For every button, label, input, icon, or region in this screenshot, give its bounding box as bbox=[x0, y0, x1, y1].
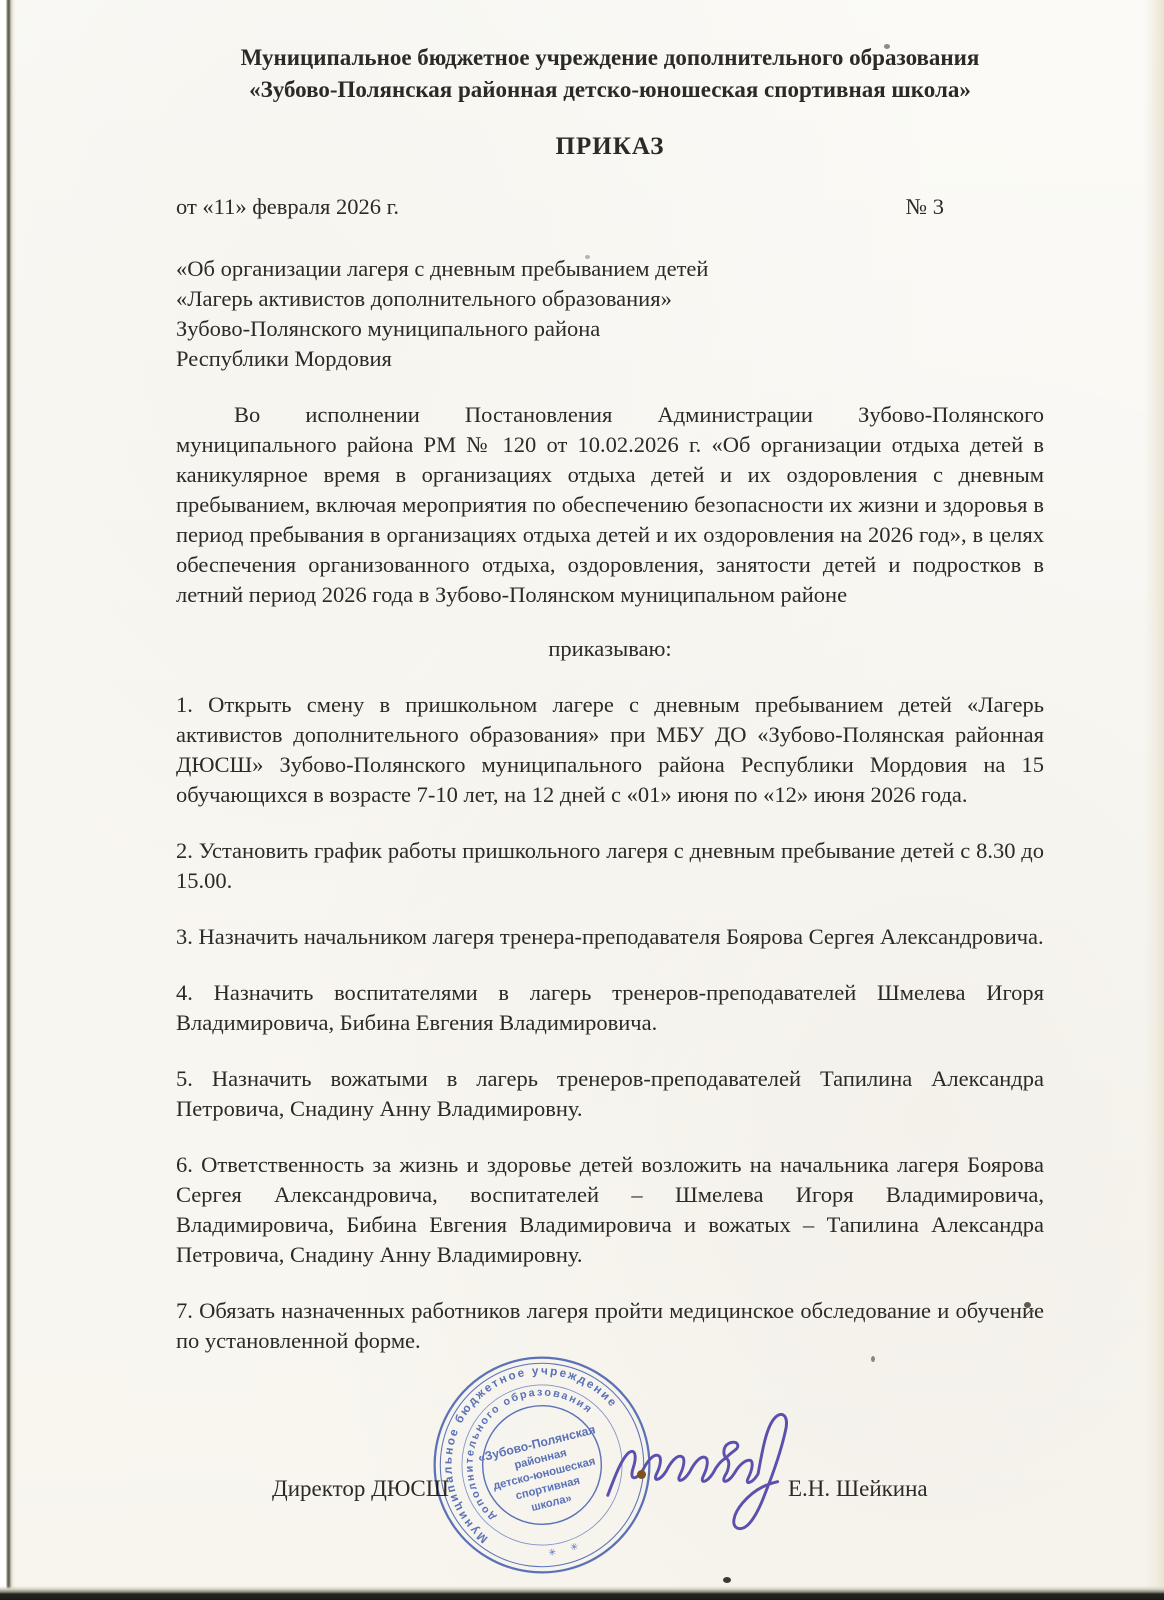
page-edge-bottom bbox=[0, 1586, 1164, 1600]
order-subject: «Об организации лагеря с дневным пребыва… bbox=[176, 254, 1044, 374]
subject-line: Республики Мордовия bbox=[176, 344, 1044, 374]
scan-speck bbox=[884, 44, 890, 49]
scan-speck bbox=[637, 1470, 646, 1479]
subject-line: Зубово-Полянского муниципального района bbox=[176, 314, 1044, 344]
order-number: № 3 bbox=[906, 192, 944, 222]
preamble-paragraph: Во исполнении Постановления Администраци… bbox=[176, 400, 1044, 610]
order-item-6: 6. Ответственность за жизнь и здоровье д… bbox=[176, 1150, 1044, 1270]
order-item-3: 3. Назначить начальником лагеря тренера-… bbox=[176, 922, 1044, 952]
org-name-line1: Муниципальное бюджетное учреждение допол… bbox=[176, 42, 1044, 74]
order-item-4: 4. Назначить воспитателями в лагерь трен… bbox=[176, 978, 1044, 1038]
decree-word: приказываю: bbox=[176, 634, 1044, 664]
order-item-2: 2. Установить график работы пришкольного… bbox=[176, 836, 1044, 896]
subject-line: «Лагерь активистов дополнительного образ… bbox=[176, 284, 1044, 314]
document-type-title: ПРИКАЗ bbox=[176, 130, 1044, 164]
scan-speck bbox=[1024, 1302, 1031, 1308]
order-item-1: 1. Открыть смену в пришкольном лагере с … bbox=[176, 690, 1044, 810]
scan-speck bbox=[871, 1356, 875, 1362]
org-name-line2: «Зубово-Полянская районная детско-юношес… bbox=[176, 74, 1044, 106]
signer-title: Директор ДЮСШ bbox=[272, 1476, 449, 1502]
order-item-7: 7. Обязать назначенных работников лагеря… bbox=[176, 1296, 1044, 1356]
stamp-star-icon: ✳ bbox=[547, 1546, 557, 1559]
signer-name: Е.Н. Шейкина bbox=[788, 1476, 928, 1502]
scan-speck bbox=[723, 1577, 731, 1583]
order-date: от «11» февраля 2026 г. bbox=[176, 192, 399, 222]
date-number-row: от «11» февраля 2026 г. № 3 bbox=[176, 192, 1044, 222]
order-document: Муниципальное бюджетное учреждение допол… bbox=[176, 42, 1044, 1356]
scan-speck bbox=[585, 255, 590, 259]
subject-line: «Об организации лагеря с дневным пребыва… bbox=[176, 254, 1044, 284]
page-edge-left bbox=[0, 0, 16, 1600]
scanned-page: Муниципальное бюджетное учреждение допол… bbox=[0, 0, 1164, 1600]
stamp-star-icon: ✳ bbox=[569, 1540, 579, 1553]
signature-scribble bbox=[598, 1392, 803, 1542]
order-item-5: 5. Назначить вожатыми в лагерь тренеров-… bbox=[176, 1064, 1044, 1124]
page-edge-right bbox=[1144, 0, 1164, 1600]
